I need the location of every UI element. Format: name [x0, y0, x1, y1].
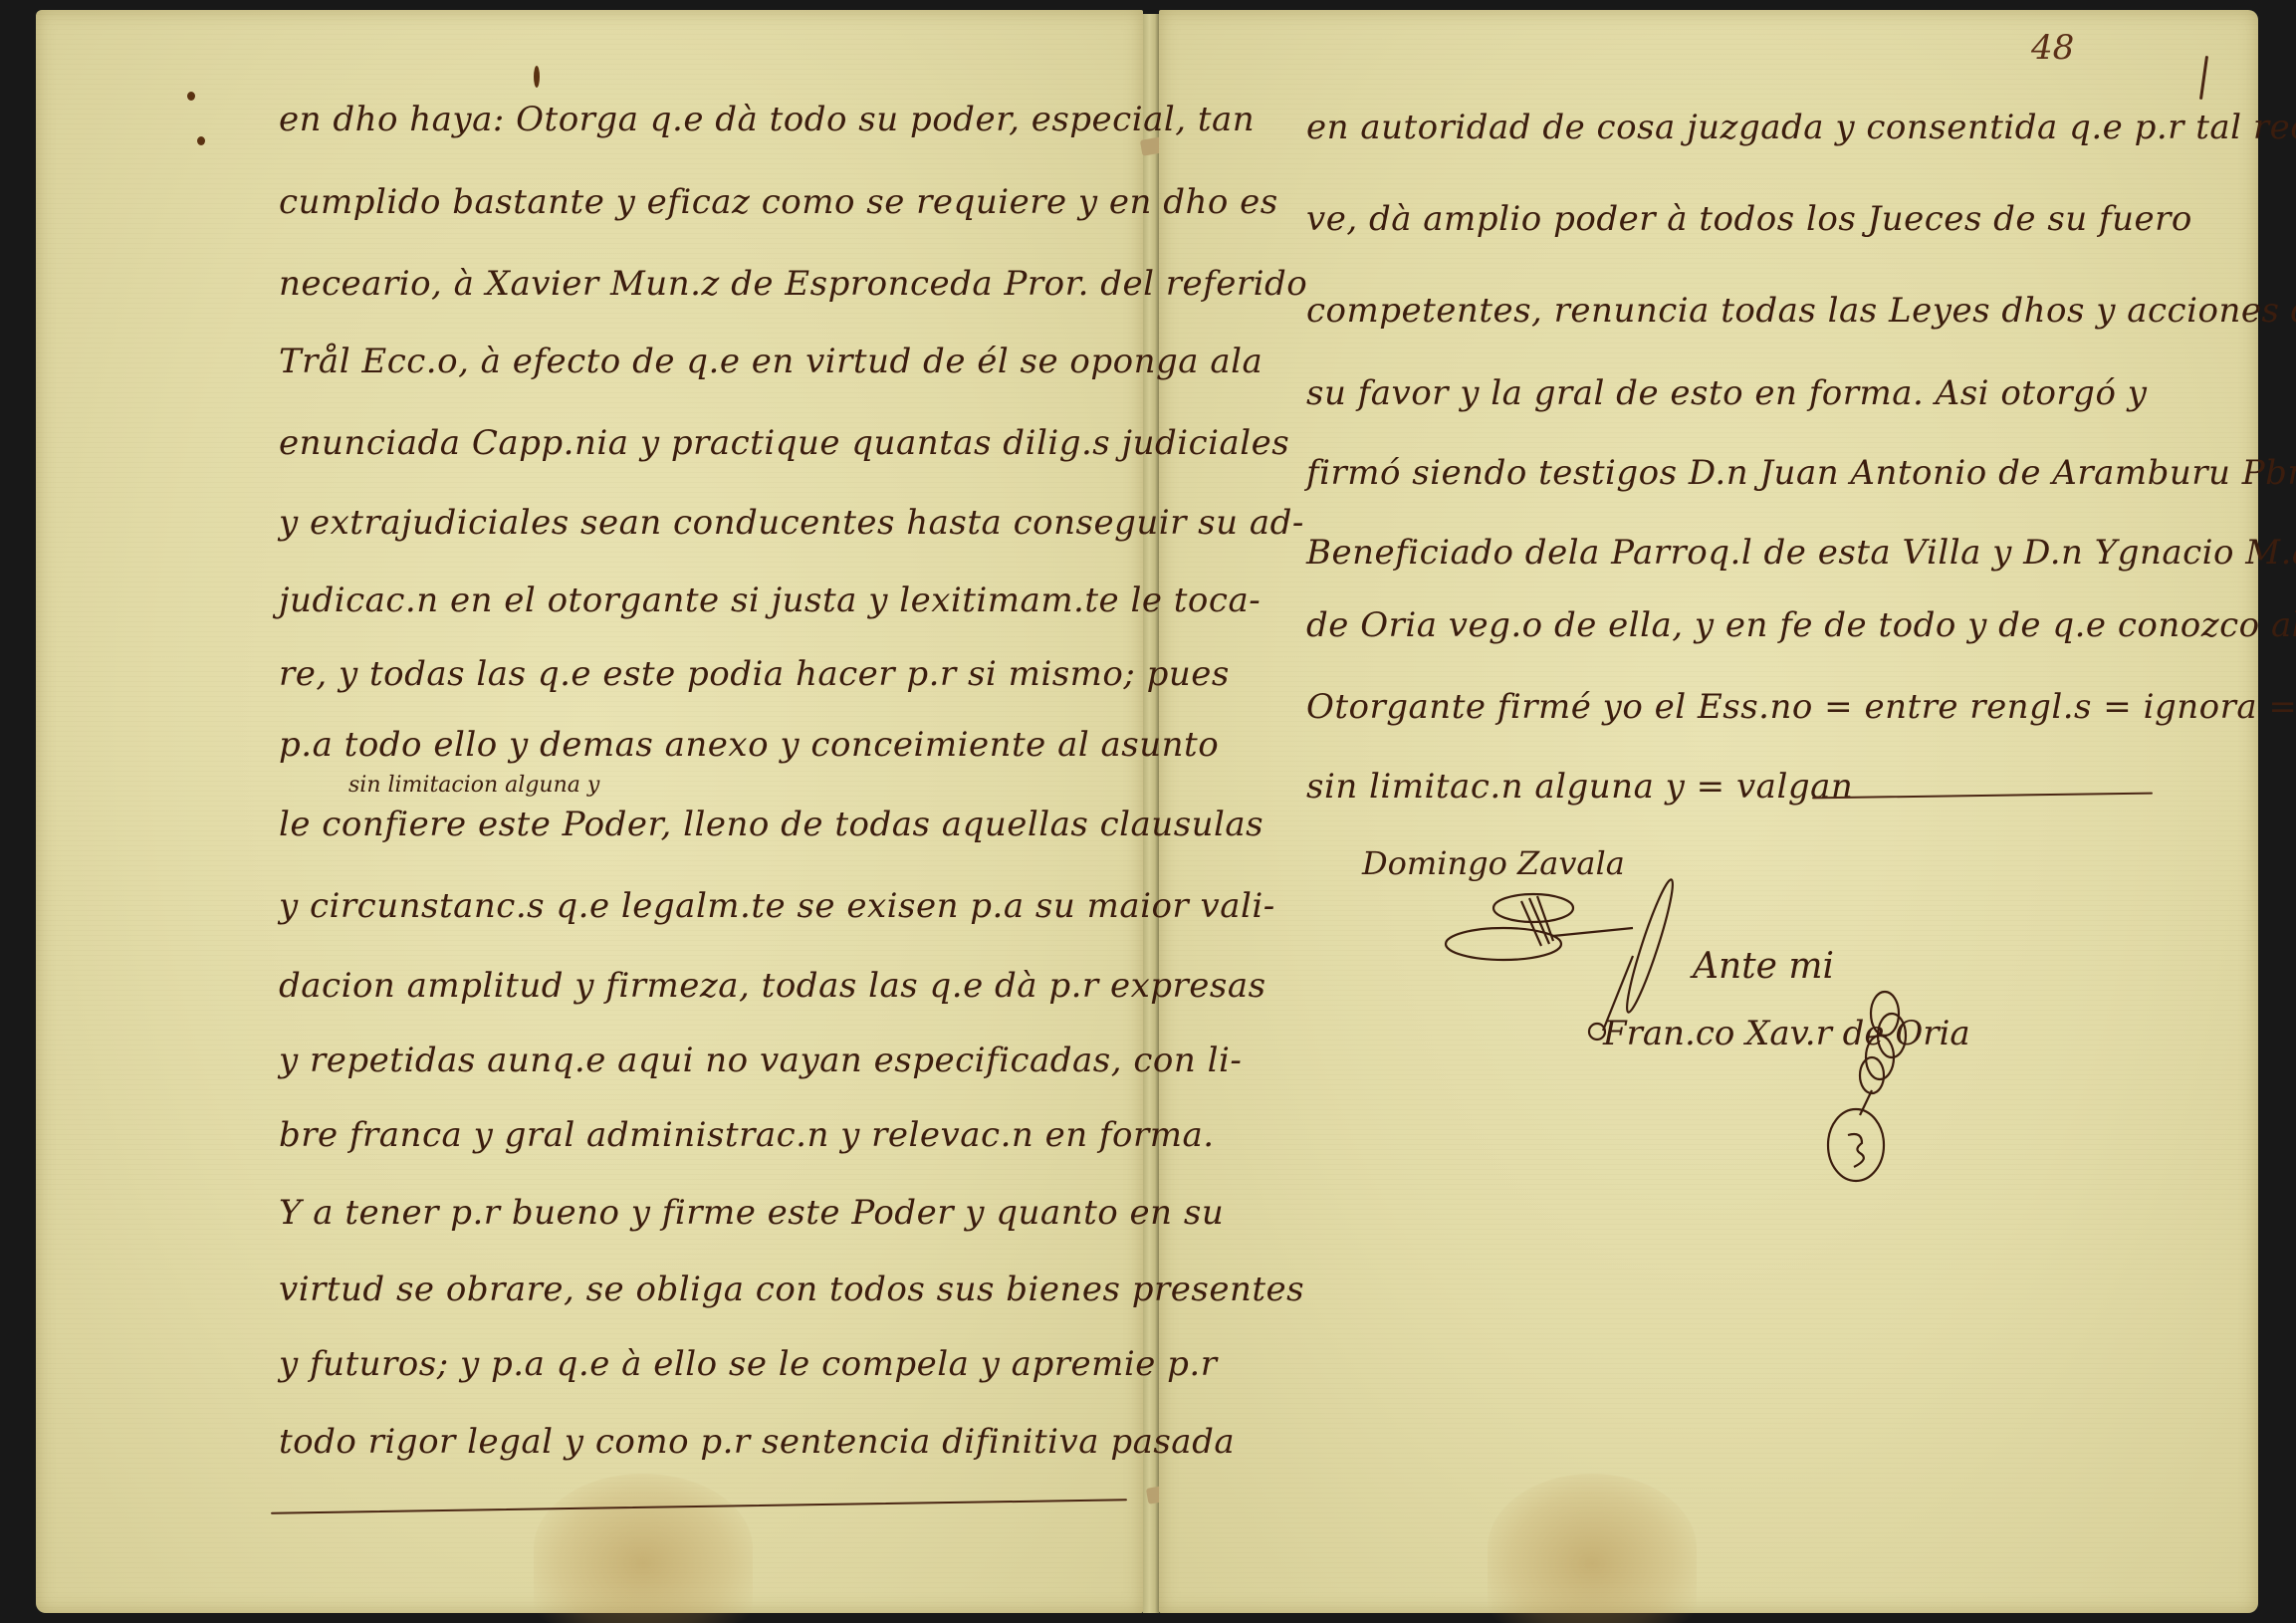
manuscript-spread: en dho haya: Otorga q.e dà todo su poder…: [0, 0, 2296, 1623]
